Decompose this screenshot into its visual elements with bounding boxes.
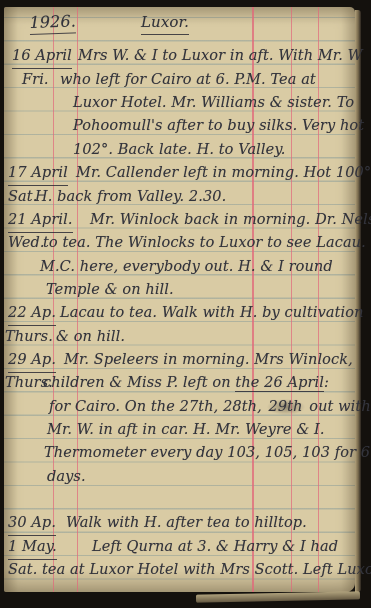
page-title: Luxor. [141, 11, 189, 35]
entry-line: Luxor Hotel. Mr. Williams & sister. To [73, 92, 354, 115]
entry-line: H. back from Valley. 2.30. [35, 186, 226, 209]
entry-date: 21 April. [8, 209, 73, 233]
entry-line: Pohoomull's after to buy silks. Very hot [73, 115, 364, 138]
stacked-pages-edge [355, 10, 361, 592]
entry-line: Mr. W. in aft in car. H. Mr. Weyre & I. [47, 419, 325, 442]
entry-date: 29 Ap. [8, 349, 56, 373]
entry-line: Mrs W. & I to Luxor in aft. With Mr. W [78, 45, 363, 68]
entry-line: M.C. here, everybody out. H. & I round [40, 256, 333, 279]
entry-line-segment: out with [305, 399, 371, 415]
underlined-text: the 26 April [235, 375, 324, 392]
entry-date: 16 April [12, 45, 72, 69]
entry-date: 22 Ap. [8, 302, 56, 326]
entry-date: 1 May. [8, 536, 57, 560]
entry-line-segment: : [324, 375, 329, 391]
entry-line: Lacau to tea. Walk with H. by cultivatio… [60, 302, 364, 325]
entry-date: 17 April [8, 162, 68, 186]
entry-date: 30 Ap. [8, 512, 56, 536]
entry-line: for Cairo. On the 27th, 28th, 29th out w… [49, 396, 371, 419]
entry-line: Temple & on hill. [46, 279, 174, 302]
entry-line-segment: children & Miss P. left on [43, 375, 235, 391]
diary-photo: 1926. Luxor. 16 April Mrs W. & I to Luxo… [0, 0, 371, 608]
entry-line: tea at Luxor Hotel with Mrs Scott. Left … [42, 559, 371, 582]
entry-day: Sat. [8, 186, 37, 209]
entry-line: Mr. Speleers in morning. Mrs Winlock, [64, 349, 353, 372]
entry-line: to tea. The Winlocks to Luxor to see Lac… [43, 232, 366, 255]
entry-line: 102°. Back late. H. to Valley. [73, 139, 285, 162]
entry-line: Left Qurna at 3. & Harry & I had [92, 536, 338, 559]
entry-line: days. [47, 466, 86, 489]
entry-line: who left for Cairo at 6. P.M. Tea at [60, 69, 316, 92]
entry-line: & on hill. [56, 326, 125, 349]
entry-day: Fri. [22, 69, 49, 92]
entry-line: Mr. Winlock back in morning. Dr. Nelson [90, 209, 371, 232]
entry-line: children & Miss P. left on the 26 April: [43, 372, 329, 395]
smudged-text: 29th [267, 399, 305, 415]
entry-line: Walk with H. after tea to hilltop. [66, 512, 307, 535]
stacked-pages-edge [196, 591, 360, 602]
entry-day: Sat. [8, 559, 37, 582]
entry-line: Mr. Callender left in morning. Hot 100°. [76, 162, 371, 185]
entry-day: Thurs. [5, 326, 53, 349]
entry-line-segment: for Cairo. On the 27th, 28th, [49, 399, 267, 415]
entry-line: Thermometer every day 103, 105, 103 for … [44, 442, 370, 465]
page-year: 1926. [29, 9, 76, 35]
entry-day: Wed. [8, 232, 45, 255]
